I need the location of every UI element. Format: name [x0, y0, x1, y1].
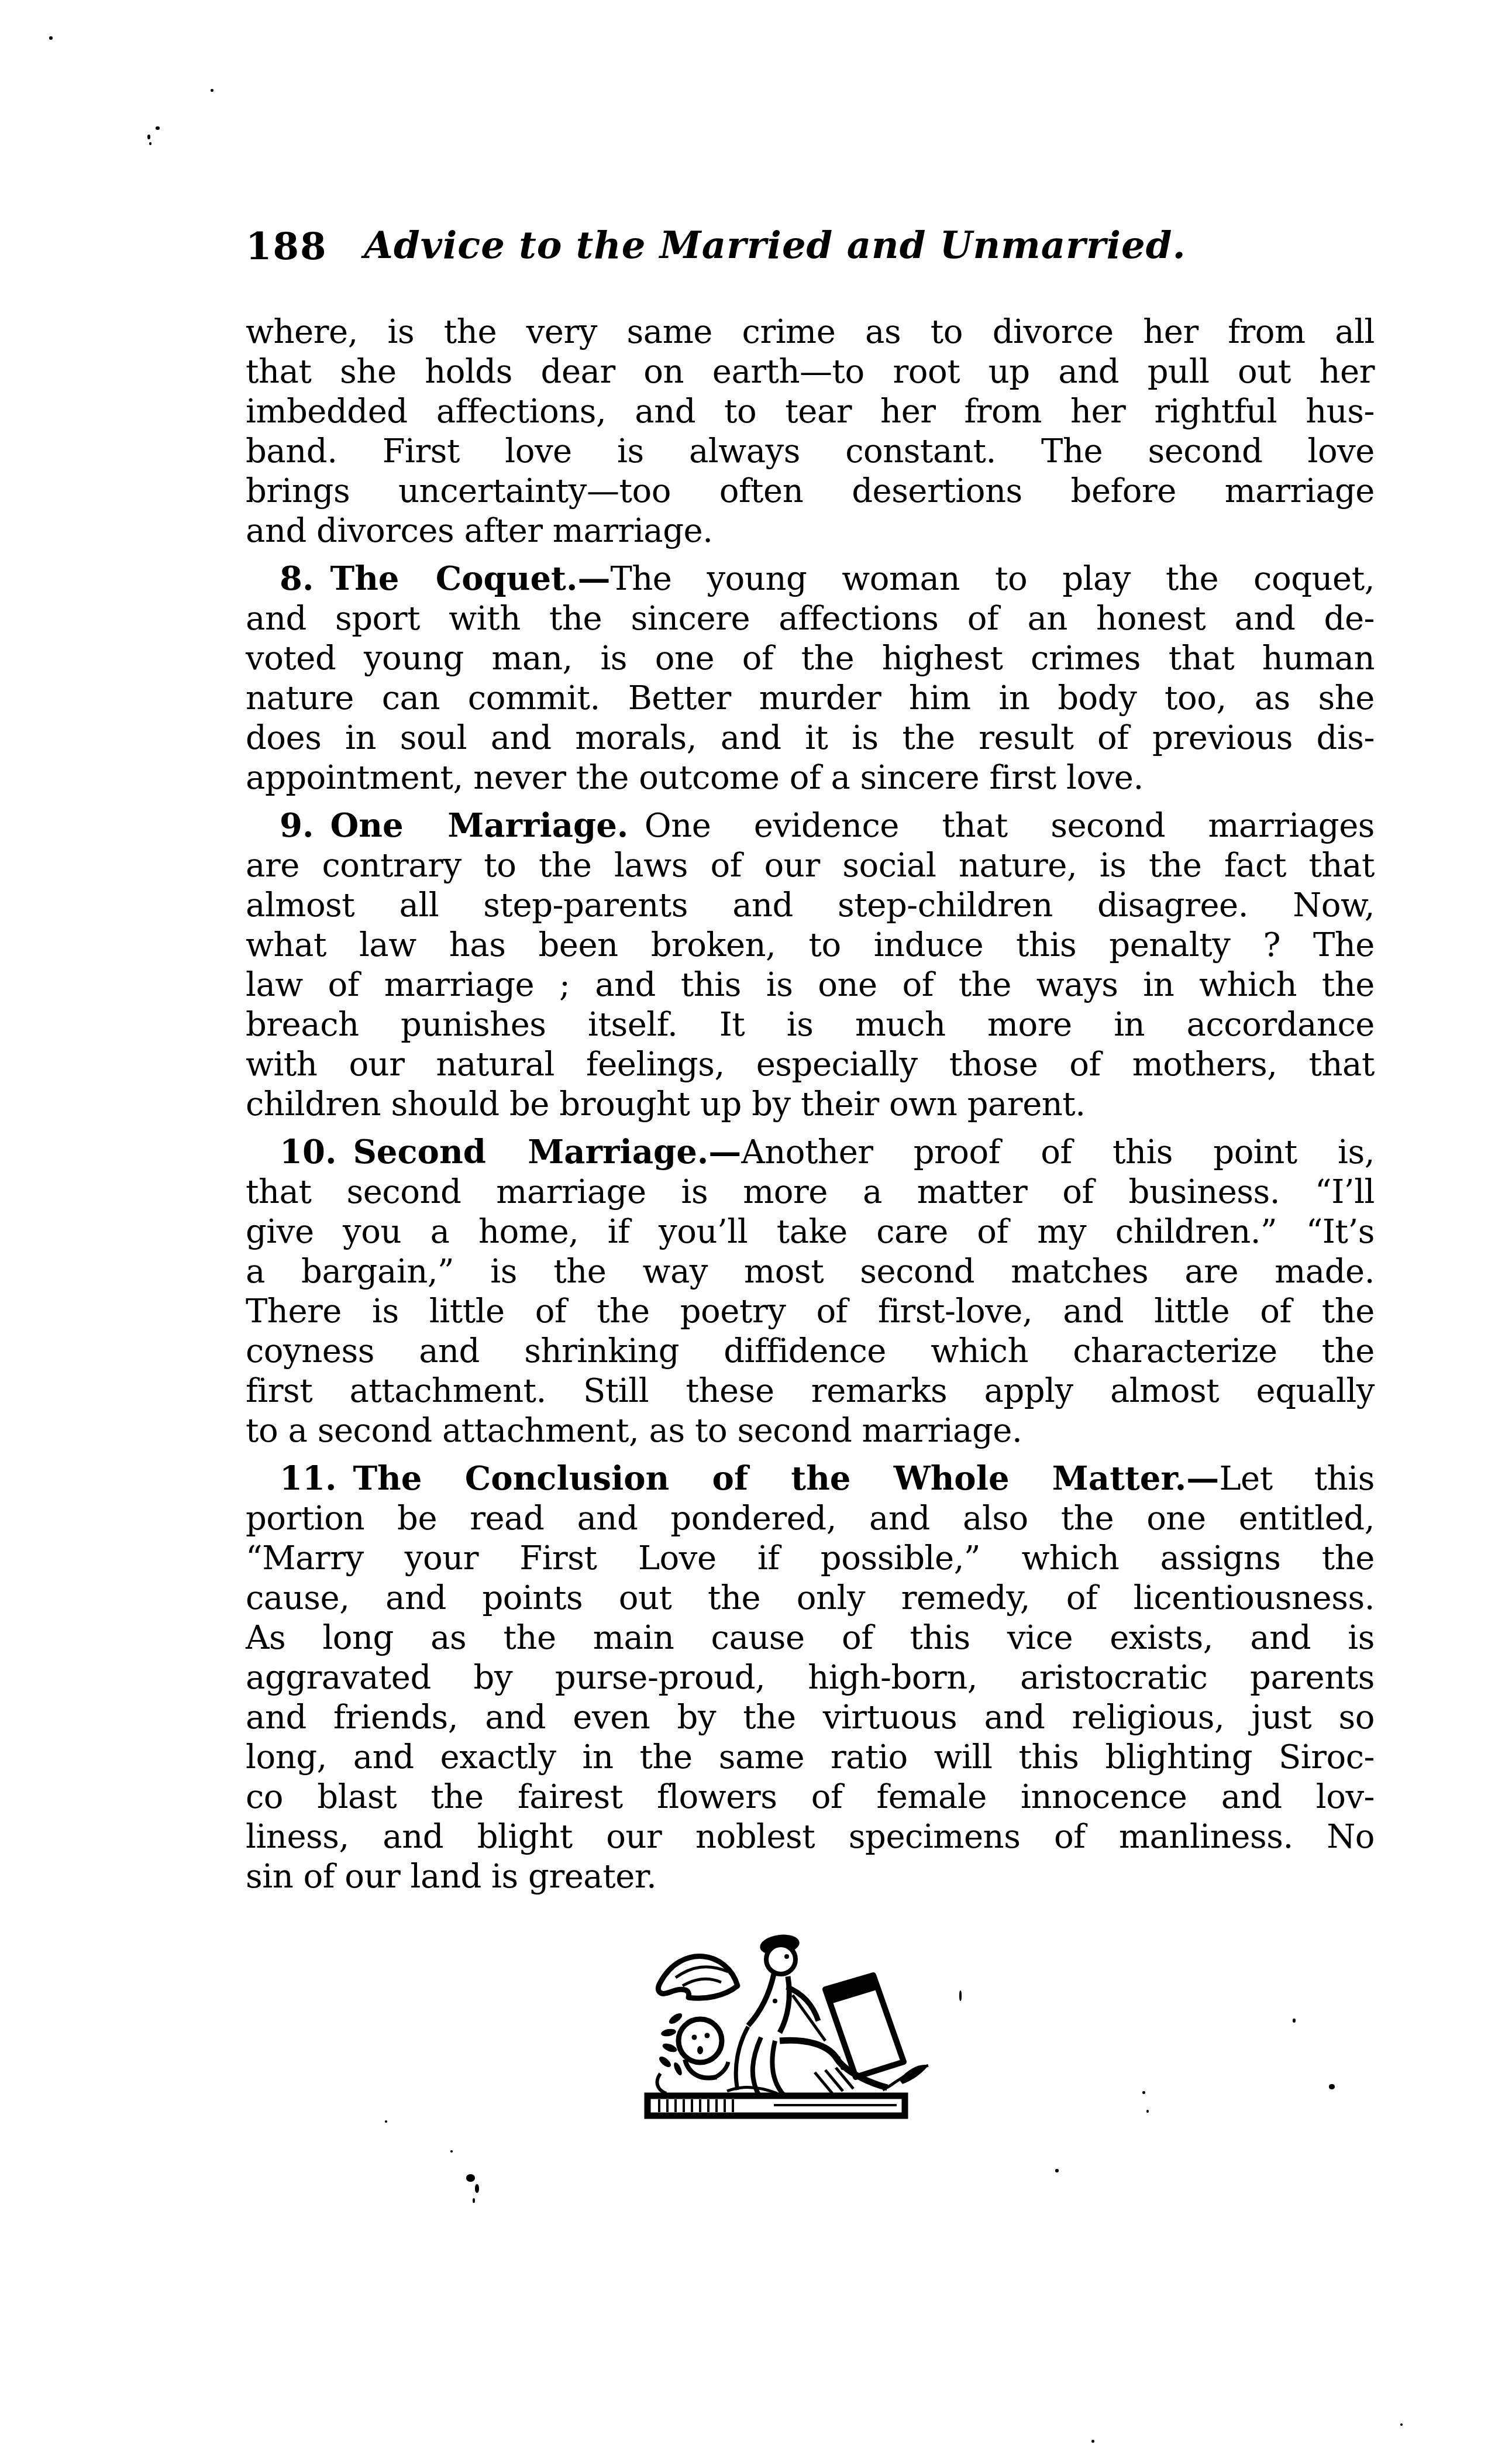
ink-speck — [1400, 2423, 1403, 2426]
text-line: appointment, never the outcome of a sinc… — [246, 758, 1375, 798]
text-line: are contrary to the laws of our social n… — [246, 846, 1375, 886]
torso-line — [748, 1974, 774, 2026]
text-line: long, and exactly in the same ratio will… — [246, 1738, 1375, 1777]
knee-dot — [836, 2056, 841, 2061]
ink-speck — [1329, 2084, 1335, 2089]
section-heading: 10. Second Marriage.— — [280, 1133, 741, 1171]
ink-speck — [211, 89, 213, 92]
line-text: One evidence that second marriages — [628, 807, 1375, 845]
running-title: Advice to the Married and Unmarried. — [246, 227, 1375, 264]
head — [766, 1945, 795, 1974]
text-line: almost all step-parents and step-childre… — [246, 886, 1375, 926]
text-line: co blast the fairest flowers of female i… — [246, 1777, 1375, 1817]
section-heading: 11. The Conclusion of the Whole Matter.— — [280, 1459, 1219, 1498]
ink-speck — [1142, 2091, 1145, 2094]
ink-speck — [49, 36, 53, 40]
text-line: imbedded affections, and to tear her fro… — [246, 392, 1375, 432]
ink-speck — [1146, 2110, 1149, 2113]
line-text: Let this — [1219, 1460, 1375, 1498]
section-heading: 9. One Marriage. — [280, 806, 628, 845]
cherub-writing-engraving-illustration — [639, 1926, 935, 2119]
ink-speck — [1091, 2440, 1094, 2443]
text-line: 11. The Conclusion of the Whole Matter.—… — [246, 1459, 1375, 1499]
text-line: aggravated by purse-proud, high-born, ar… — [246, 1658, 1375, 1698]
cherub-eye — [705, 2033, 710, 2038]
text-line: 10. Second Marriage.—Another proof of th… — [246, 1132, 1375, 1173]
eye — [784, 1954, 789, 1959]
text-line: with our natural feelings, especially th… — [246, 1045, 1375, 1085]
text-line: nature can commit. Better murder him in … — [246, 679, 1375, 718]
text-line: liness, and blight our noblest specimens… — [246, 1817, 1375, 1857]
cherub-eye — [692, 2035, 697, 2040]
paragraph-1: where, is the very same crime as to divo… — [246, 312, 1375, 551]
ink-speck — [1293, 2019, 1296, 2023]
quill-feather — [899, 2065, 928, 2084]
ink-speck — [149, 142, 151, 145]
ink-speck — [147, 135, 150, 139]
page-header: 188 Advice to the Married and Unmarried. — [246, 227, 1375, 274]
ink-speck — [156, 126, 160, 130]
arm — [787, 1987, 818, 2021]
text-line: and sport with the sincere affections of… — [246, 599, 1375, 639]
text-line: voted young man, is one of the highest c… — [246, 639, 1375, 679]
text-line: what law has been broken, to induce this… — [246, 926, 1375, 965]
ink-speck — [473, 2198, 475, 2203]
ink-speck — [385, 2120, 387, 2123]
paragraph-2: 8. The Coquet.—The young woman to play t… — [246, 559, 1375, 798]
text-line: band. First love is always constant. The… — [246, 432, 1375, 472]
text-line: give you a home, if you’ll take care of … — [246, 1212, 1375, 1252]
text-line: coyness and shrinking diffidence which c… — [246, 1332, 1375, 1371]
text-line: cause, and points out the only remedy, o… — [246, 1579, 1375, 1618]
text-line: where, is the very same crime as to divo… — [246, 312, 1375, 352]
text-line: brings uncertainty—too often desertions … — [246, 472, 1375, 511]
text-line: to a second attachment, as to second mar… — [246, 1411, 1375, 1451]
line-text: The young woman to play the coquet, — [610, 560, 1375, 598]
text-line: does in soul and morals, and it is the r… — [246, 718, 1375, 758]
text-line: 9. One Marriage. One evidence that secon… — [246, 806, 1375, 846]
wing — [659, 1957, 738, 1999]
text-line: and divorces after marriage. — [246, 511, 1375, 551]
torso-dot — [773, 1999, 777, 2003]
text-line: sin of our land is greater. — [246, 1857, 1375, 1897]
text-line: As long as the main cause of this vice e… — [246, 1618, 1375, 1658]
text-line: There is little of the poetry of first-l… — [246, 1292, 1375, 1332]
ink-speck — [1055, 2169, 1059, 2172]
text-line: 8. The Coquet.—The young woman to play t… — [246, 559, 1375, 599]
section-heading: 8. The Coquet.— — [280, 559, 610, 598]
text-line: a bargain,” is the way most second match… — [246, 1252, 1375, 1292]
text-line: “Marry your First Love if possible,” whi… — [246, 1539, 1375, 1579]
cherub-head — [678, 2019, 722, 2062]
paragraph-5: 11. The Conclusion of the Whole Matter.—… — [246, 1459, 1375, 1897]
page-number: 188 — [246, 228, 328, 266]
text-line: that second marriage is more a matter of… — [246, 1173, 1375, 1212]
text-line: children should be brought up by their o… — [246, 1085, 1375, 1125]
line-text: Another proof of this point is, — [741, 1133, 1375, 1171]
ink-speck — [466, 2174, 475, 2182]
text-line: that she holds dear on earth—to root up … — [246, 352, 1375, 392]
drapery — [727, 2027, 853, 2096]
cherub-arm — [715, 2062, 728, 2077]
body-text: where, is the very same crime as to divo… — [246, 312, 1375, 1904]
text-line: breach punishes itself. It is much more … — [246, 1005, 1375, 1045]
text-line: first attachment. Still these remarks ap… — [246, 1371, 1375, 1411]
ink-speck — [450, 2150, 453, 2153]
paragraph-4: 10. Second Marriage.—Another proof of th… — [246, 1132, 1375, 1451]
ink-speck — [959, 1990, 962, 2001]
cherub-mouth — [697, 2046, 703, 2054]
text-line: law of marriage ; and this is one of the… — [246, 965, 1375, 1005]
ground-stroke — [657, 2074, 666, 2093]
text-line: portion be read and pondered, and also t… — [246, 1499, 1375, 1539]
knee-dot — [841, 2065, 845, 2070]
paragraph-3: 9. One Marriage. One evidence that secon… — [246, 806, 1375, 1125]
text-line: and friends, and even by the virtuous an… — [246, 1698, 1375, 1738]
ink-speck — [475, 2184, 479, 2193]
book-page: 188 Advice to the Married and Unmarried.… — [0, 0, 1512, 2448]
